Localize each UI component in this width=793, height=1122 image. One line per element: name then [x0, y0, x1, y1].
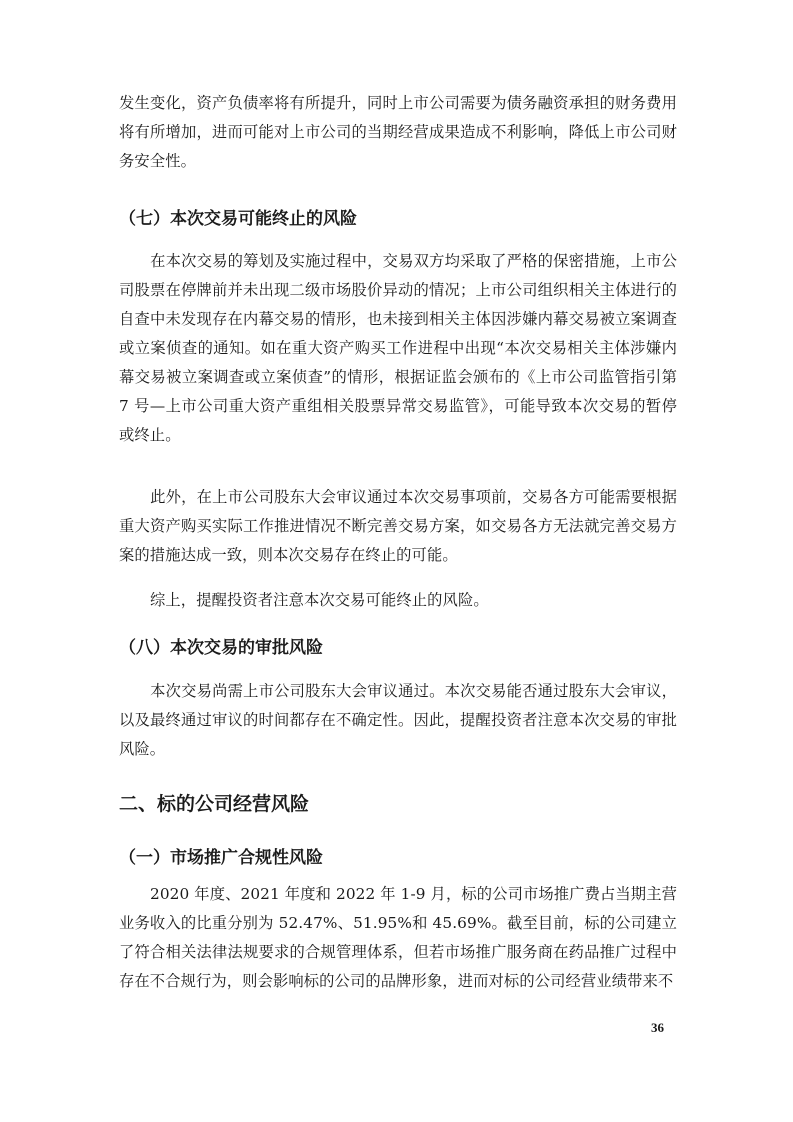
paragraph-text: 发生变化，资产负债率将有所提升，同时上市公司需要为债务融资承担的财务费用将有所增…	[119, 94, 677, 170]
heading-marketing-compliance-risk: （一）市场推广合规性风险	[119, 846, 323, 870]
paragraph-termination-details: 在本次交易的筹划及实施过程中，交易双方均采取了严格的保密措施，上市公司股票在停牌…	[119, 247, 677, 450]
paragraph-marketing-compliance: 2020 年度、2021 年度和 2022 年 1-9 月，标的公司市场推广费占…	[119, 880, 677, 996]
page-number: 36	[651, 1020, 664, 1036]
heading-operational-risk: 二、标的公司经营风险	[119, 791, 309, 817]
paragraph-text: 此外，在上市公司股东大会审议通过本次交易事项前，交易各方可能需要根据重大资产购买…	[119, 488, 677, 564]
paragraph-text: 2020 年度、2021 年度和 2022 年 1-9 月，标的公司市场推广费占…	[119, 885, 677, 990]
paragraph-plan-revision: 此外，在上市公司股东大会审议通过本次交易事项前，交易各方可能需要根据重大资产购买…	[119, 483, 677, 570]
paragraph-text: 综上，提醒投资者注意本次交易可能终止的风险。	[150, 591, 489, 609]
heading-termination-risk: （七）本次交易可能终止的风险	[119, 207, 357, 231]
paragraph-financial-safety: 发生变化，资产负债率将有所提升，同时上市公司需要为债务融资承担的财务费用将有所增…	[119, 89, 677, 176]
paragraph-text: 在本次交易的筹划及实施过程中，交易双方均采取了严格的保密措施，上市公司股票在停牌…	[119, 252, 677, 444]
paragraph-approval-details: 本次交易尚需上市公司股东大会审议通过。本次交易能否通过股东大会审议，以及最终通过…	[119, 677, 677, 764]
paragraph-termination-summary: 综上，提醒投资者注意本次交易可能终止的风险。	[119, 586, 677, 615]
paragraph-text: 本次交易尚需上市公司股东大会审议通过。本次交易能否通过股东大会审议，以及最终通过…	[119, 682, 677, 758]
heading-approval-risk: （八）本次交易的审批风险	[119, 636, 323, 660]
